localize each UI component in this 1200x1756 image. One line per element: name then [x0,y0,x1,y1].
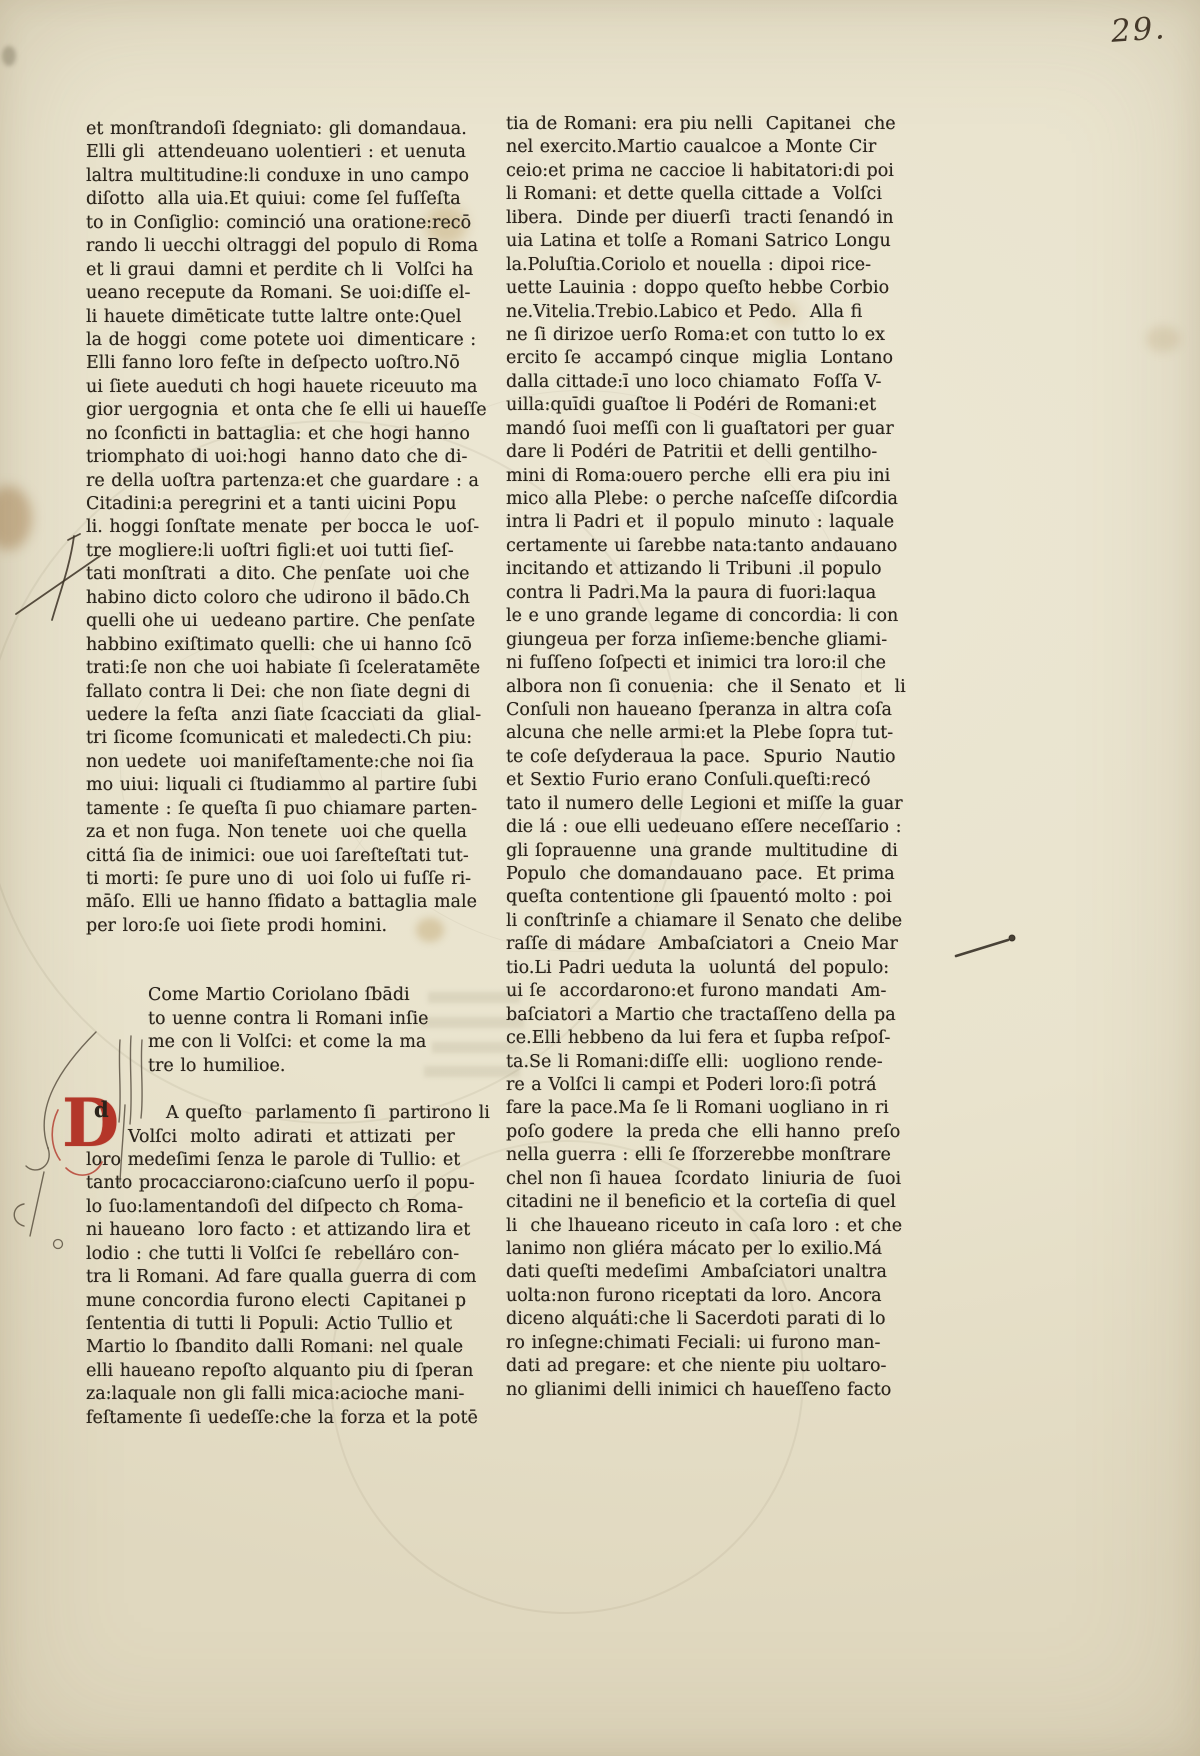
text-line: no ſconficti in battaglia: et che hogi h… [86,423,446,446]
text-line: tre mogliere:li uoſtri figli:et uoi tutt… [86,540,446,563]
text-line: mo uiui: liquali ci ſtudiammo al partire… [86,774,446,797]
text-line: poſo godere la preda che elli hanno preſ… [506,1121,866,1144]
text-line: za:laquale non gli falli mica:acioche ma… [86,1383,446,1406]
paragraph-2-lines: A queſto parlamento ſi partirono liVolſc… [86,1102,446,1430]
text-line: li Romani: et dette quella cittade a Vol… [506,183,866,206]
text-line: Populo che domandauano pace. Et prima [506,863,866,886]
text-line: to in Conſiglio: cominció una oratione:r… [86,212,446,235]
text-line: Citadini:a peregrini et a tanti uicini P… [86,493,446,516]
text-line: ti morti: ſe pure uno di uoi ſolo ui fuſ… [86,868,446,891]
text-line: queſta contentione gli ſpauentó molto : … [506,886,866,909]
text-line: dare li Podéri de Patritii et delli gent… [506,441,866,464]
text-line: tato il numero delle Legioni et miſſe la… [506,793,866,816]
text-line: le e uno grande legame di concordia: li … [506,605,866,628]
text-line: Volſci molto adirati et attizati per [86,1126,446,1149]
text-line: A queſto parlamento ſi partirono li [86,1102,446,1125]
text-line: dati queſti medeſimi Ambaſciatori unaltr… [506,1261,866,1284]
ink-speck [2,46,16,66]
text-line: lodio : che tutti li Volſci ſe rebelláro… [86,1243,446,1266]
text-line: tanto procacciarono:ciaſcuno uerſo il po… [86,1172,446,1195]
text-line: gior uergognia et onta che ſe elli ui ha… [86,399,446,422]
text-line: uia Latina et tolſe a Romani Satrico Lon… [506,230,866,253]
book-page: 29. et monſtrandoſi ſdegniato: gli doman… [0,0,1200,1756]
text-line: ceio:et prima ne caccioe li habitatori:d… [506,160,866,183]
text-line: die lá : oue elli uedeuano eſſere neceſſ… [506,816,866,839]
text-line: la.Poluſtia.Coriolo et nouella : dipoi r… [506,254,866,277]
text-line: ui ſe accordarono:et furono mandati Am- [506,980,866,1003]
text-line: fallato contra li Dei: che non ſiate deg… [86,681,446,704]
text-line: certamente ui ſarebbe nata:tanto andauan… [506,535,866,558]
text-line: tamente : ſe queſta ſi puo chiamare part… [86,798,446,821]
text-line: non uedete uoi manifeſtamente:che noi ſi… [86,751,446,774]
text-line: māſo. Elli ue hanno ſfidato a battaglia … [86,891,446,914]
text-line: Conſuli non haueano ſperanza in altra co… [506,699,866,722]
text-line: ſententia di tutti li Populi: Actio Tull… [86,1313,446,1336]
text-line: tia de Romani: era piu nelli Capitanei c… [506,113,866,136]
text-line: li hauete dimēticate tutte laltre onte:Q… [86,306,446,329]
text-line: libera. Dinde per diuerſi tracti ſenandó… [506,207,866,230]
text-line: mune concordia furono electi Capitanei p [86,1290,446,1313]
paragraph-1: et monſtrandoſi ſdegniato: gli domandaua… [86,118,446,938]
text-line: diſotto alla uia.Et quiui: come ſel fuſſ… [86,188,446,211]
text-line: Elli fanno loro feſte in deſpecto uoſtro… [86,352,446,375]
text-line: contra li Padri.Ma la paura di fuori:laq… [506,582,866,605]
text-line: ne ſi dirizoe uerſo Roma:et con tutto lo… [506,324,866,347]
text-line: giungeua per forza inſieme:benche gliami… [506,629,866,652]
text-line: et li graui damni et perdite ch li Volſc… [86,259,446,282]
text-line: ueano recepute da Romani. Se uoi:diſſe e… [86,282,446,305]
paragraph-right: tia de Romani: era piu nelli Capitanei c… [506,113,866,1402]
text-line: laltra multitudine:li conduxe in uno cam… [86,165,446,188]
text-line: uedere la feſta anzi ſiate ſcacciati da … [86,704,446,727]
text-line: tra li Romani. Ad fare qualla guerra di … [86,1266,446,1289]
text-line: tio.Li Padri ueduta la uoluntá del popul… [506,957,866,980]
text-line: chel non ſi hauea ſcordato liniuria de ſ… [506,1168,866,1191]
text-line: li conſtrinſe a chiamare il Senato che d… [506,910,866,933]
text-line: feſtamente ſi uedeſſe:che la forza et la… [86,1407,446,1430]
text-line: intra li Padri et il populo minuto : laq… [506,511,866,534]
text-line: uolta:non furono riceptati da loro. Anco… [506,1285,866,1308]
text-line: la de hoggi come potete uoi dimenticare … [86,329,446,352]
text-line: alcuna che nelle armi:et la Plebe ſopra … [506,722,866,745]
text-line: tati monſtrati a dito. Che penſate uoi c… [86,563,446,586]
text-line: no glianimi delli inimici ch haueſſeno f… [506,1379,866,1402]
text-line: za et non fuga. Non tenete uoi che quell… [86,821,446,844]
text-line: li. hoggi ſonſtate menate per bocca le u… [86,516,446,539]
text-line: lanimo non gliéra mácato per lo exilio.M… [506,1238,866,1261]
text-line: rando li uecchi oltraggi del populo di R… [86,235,446,258]
text-line: albora non ſi conuenia: che il Senato et… [506,676,866,699]
text-line: tre lo humilioe. [148,1055,446,1078]
text-line: to uenne contra li Romani inſie [148,1008,446,1031]
text-line: diceno alquáti:che li Sacerdoti parati d… [506,1308,866,1331]
paragraph-2: D d A queſto parlamento ſi partirono liV… [86,1102,446,1430]
text-line: ce.Elli hebbeno da lui fera et ſupba reſ… [506,1027,866,1050]
text-line: dati ad pregare: et che niente piu uolta… [506,1355,866,1378]
chapter-heading: Come Martio Coriolano ſbādito uenne cont… [148,984,446,1078]
text-line: elli haueano repoſto alquanto piu di ſpe… [86,1360,446,1383]
text-line: baſciatori a Martio che tractaſſeno dell… [506,1004,866,1027]
text-line: triomphato di uoi:hogi hanno dato che di… [86,446,446,469]
text-line: mandó ſuoi meſſi con li guaſtatori per g… [506,418,866,441]
text-line: gli ſoprauenne una grande multitudine di [506,840,866,863]
text-line: li che lhaueano riceuto in caſa loro : e… [506,1215,866,1238]
text-line: per loro:ſe uoi ſiete prodi homini. [86,915,446,938]
text-line: nel exercito.Martio caualcoe a Monte Cir [506,136,866,159]
text-line: Come Martio Coriolano ſbādi [148,984,446,1007]
text-line: dalla cittade:ī uno loco chiamato Foſſa … [506,371,866,394]
ink-dash-mark [956,935,1015,956]
text-line: ro inſegne:chimati Feciali: ui furono ma… [506,1332,866,1355]
text-line: trati:ſe non che uoi habiate ſi ſcelerat… [86,657,446,680]
text-line: Elli gli attendeuano uolentieri : et uen… [86,141,446,164]
text-line: re a Volſci li campi et Poderi loro:ſi p… [506,1074,866,1097]
text-column-right: tia de Romani: era piu nelli Capitanei c… [506,113,866,1402]
foxing-stain [1146,326,1180,352]
text-line: cittá ſia de inimici: oue uoi ſareſteſta… [86,845,446,868]
text-line: mico alla Plebe: o perche naſceſſe diſco… [506,488,866,511]
text-line: ni haueano loro facto : et attizando lir… [86,1219,446,1242]
text-line: incitando et attizando li Tribuni .il po… [506,558,866,581]
text-line: loro medeſimi ſenza le parole di Tullio:… [86,1149,446,1172]
text-line: habino dicto coloro che udirono il bādo.… [86,587,446,610]
text-line: et monſtrandoſi ſdegniato: gli domandaua… [86,118,446,141]
text-line: et Sextio Furio erano Conſuli.queſti:rec… [506,769,866,792]
text-line: te coſe deſyderaua la pace. Spurio Nauti… [506,746,866,769]
text-line: ui ſiete aueduti ch hogi hauete riceuuto… [86,376,446,399]
text-line: ne.Vitelia.Trebio.Labico et Pedo. Alla f… [506,301,866,324]
text-line: citadini ne il beneficio et la corteſia … [506,1191,866,1214]
text-line: Martio lo ſbandito dalli Romani: nel qua… [86,1336,446,1359]
text-line: tri ſicome ſcomunicati et maledecti.Ch p… [86,727,446,750]
text-line: ni fuſſeno ſoſpecti et inimici tra loro:… [506,652,866,675]
text-line: uette Lauinia : doppo queſto hebbe Corbi… [506,277,866,300]
foxing-stain [0,486,32,550]
text-line: ta.Se li Romani:diſſe elli: uogliono ren… [506,1051,866,1074]
text-line: nella guerra : elli ſe ſforzerebbe monſt… [506,1144,866,1167]
text-line: habbino exiſtimato quelli: che ui hanno … [86,634,446,657]
text-line: re della uoſtra partenza:et che guardare… [86,470,446,493]
text-line: uilla:quīdi guaſtoe li Podéri de Romani:… [506,394,866,417]
text-line: quelli ohe ui uedeano partire. Che penſa… [86,610,446,633]
text-line: me con li Volſci: et come la ma [148,1031,446,1054]
text-line: lo ſuo:lamentandoſi del diſpecto ch Roma… [86,1196,446,1219]
text-column-left: et monſtrandoſi ſdegniato: gli domandaua… [86,118,446,1430]
text-line: ercito ſe accampó cinque miglia Lontano [506,347,866,370]
text-line: fare la pace.Ma ſe li Romani uogliano in… [506,1097,866,1120]
text-line: raſſe di mádare Ambaſciatori a Cneio Mar [506,933,866,956]
folio-number: 29. [1109,10,1167,50]
text-line: mini di Roma:ouero perche elli era piu i… [506,465,866,488]
